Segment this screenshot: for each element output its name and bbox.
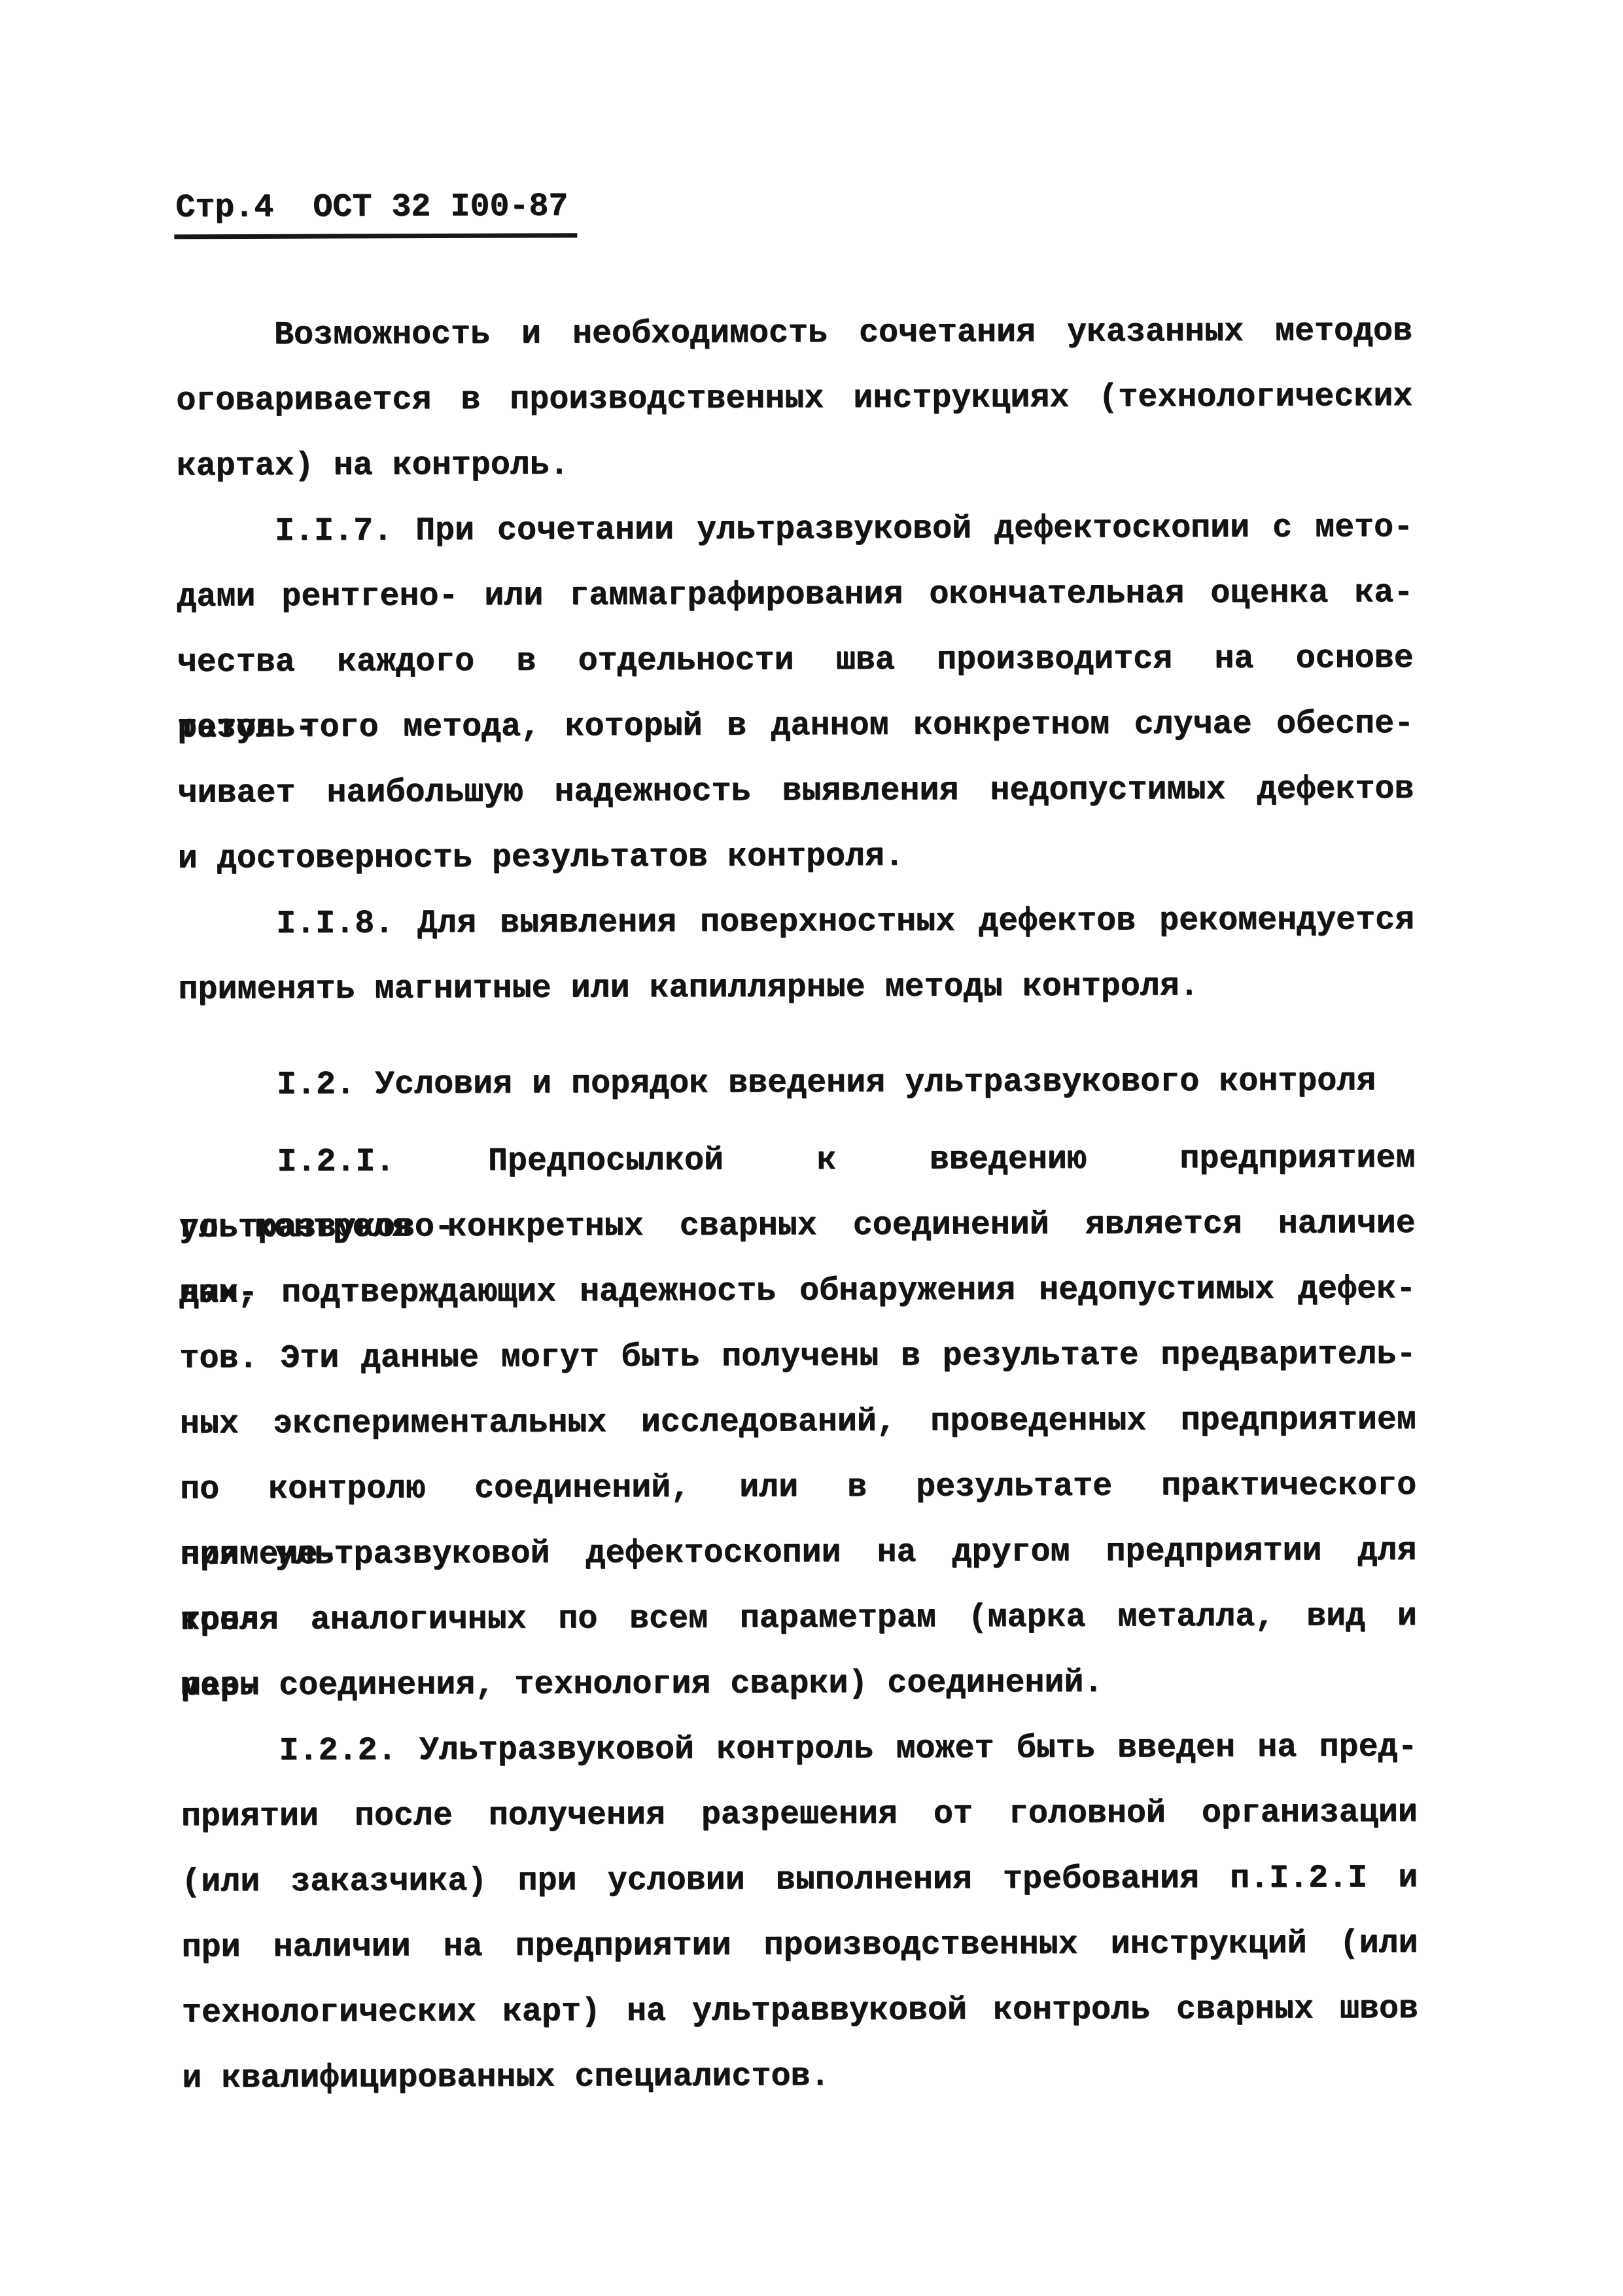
text-line: ных экспериментальных исследований, пров… <box>180 1388 1416 1458</box>
text-line: I.2.I. Предпосылкой к введению предприят… <box>179 1126 1415 1196</box>
text-line: дами рентгено- или гаммаграфирования око… <box>177 561 1413 631</box>
text-line: I.2.2. Ультразвуковой контроль может быт… <box>181 1715 1417 1785</box>
text-line: ния ультразвуковой дефектоскопии на друг… <box>180 1519 1416 1589</box>
text-line: приятии после получения разрешения от го… <box>181 1780 1418 1850</box>
text-line: технологических карт) на ультраввуковой … <box>182 1977 1418 2047</box>
text-line: по контролю соединений, или в результате… <box>180 1453 1416 1523</box>
text-line: картах) на контроль. <box>176 430 1412 500</box>
text-line: троля аналогичных по всем параметрам (ма… <box>181 1584 1417 1654</box>
text-line: ных, подтверждающих надежность обнаружен… <box>179 1257 1416 1327</box>
text-line: меры соединения, технология сварки) соед… <box>181 1650 1417 1720</box>
text-line: применять магнитные или капиллярные мето… <box>178 953 1414 1023</box>
text-line: (или заказчика) при условии выполнения т… <box>181 1846 1418 1916</box>
text-line: татов того метода, который в данном конк… <box>177 692 1414 762</box>
page-header: Стр.4 ОСТ 32 I00-87 <box>174 188 577 239</box>
document-body: Возможность и необходимость сочетания ук… <box>176 299 1419 2112</box>
document-page: Стр.4 ОСТ 32 I00-87 Возможность и необхо… <box>0 0 1623 2296</box>
text-line: и квалифицированных специалистов. <box>182 2042 1418 2112</box>
text-line: при наличии на предприятии производствен… <box>181 1911 1418 1981</box>
text-line: и достоверность результатов контроля. <box>178 822 1414 892</box>
text-line: оговаривается в производственных инструк… <box>176 364 1412 434</box>
section-heading: I.2. Условия и порядок введения ультразв… <box>179 1049 1415 1119</box>
text-line: I.I.7. При сочетании ультразвуковой дефе… <box>177 495 1413 565</box>
text-line: тов. Эти данные могут быть получены в ре… <box>179 1322 1416 1392</box>
text-line: го контроля конкретных сварных соединени… <box>179 1192 1415 1262</box>
text-line: Возможность и необходимость сочетания ук… <box>176 299 1412 369</box>
text-line: чивает наибольшую надежность выявления н… <box>177 757 1414 827</box>
text-line: чества каждого в отдельности шва произво… <box>177 626 1413 696</box>
text-line: I.I.8. Для выявления поверхностных дефек… <box>178 888 1414 958</box>
